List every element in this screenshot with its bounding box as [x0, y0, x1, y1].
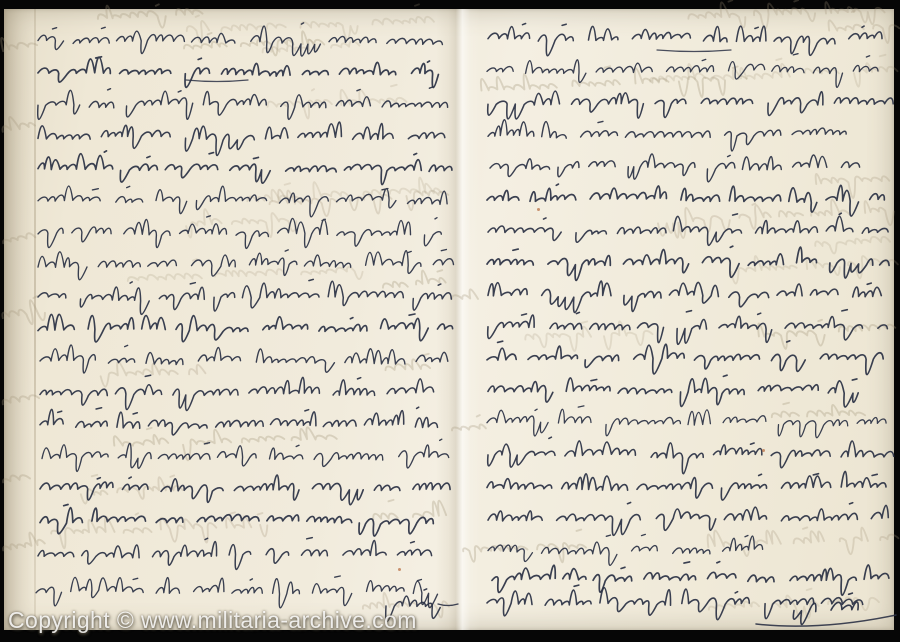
foxing-speck: [537, 208, 540, 211]
scanned-letter-photo: Copyright © www.militaria-archive.com: [0, 0, 900, 642]
ghost-writing-margin-fragment: [1, 32, 37, 51]
word-underline: [657, 50, 731, 52]
foxing-speck: [398, 568, 401, 571]
ghost-writing-fragment: [451, 415, 486, 431]
handwritten-line-left: [38, 314, 453, 342]
handwritten-line-right: [487, 54, 878, 88]
handwritten-line-left: [40, 407, 438, 435]
word-underline: [186, 80, 248, 82]
handwriting-layer: [0, 0, 900, 642]
ghost-writing-fragment: [185, 205, 296, 241]
ghost-writing-fragment: [372, 498, 446, 520]
handwritten-line-left: [38, 216, 441, 249]
handwritten-line-right: [488, 281, 881, 312]
signature-underline: [756, 615, 896, 626]
ghost-writing-fragment: [815, 236, 890, 254]
handwritten-line-left: [40, 375, 434, 410]
handwritten-line-right: [488, 120, 846, 151]
handwritten-line-right: [488, 310, 888, 345]
ghost-writing-fragment: [688, 0, 885, 32]
handwritten-line-right: [488, 213, 888, 245]
handwritten-line-left: [38, 151, 452, 185]
handwritten-line-right: [488, 503, 888, 536]
handwritten-line-right: [487, 471, 886, 500]
ghost-writing-margin-fragment: [2, 473, 30, 484]
ghost-writing-fragment: [730, 250, 898, 284]
handwritten-line-right: [492, 562, 889, 596]
handwritten-line-right: [490, 154, 860, 182]
ghost-writing-fragment: [51, 508, 268, 550]
ghost-writing-margin-fragment: [2, 392, 39, 404]
ghost-writing-fragment: [382, 270, 446, 288]
handwritten-line-left: [38, 538, 432, 570]
ghost-writing-fragment: [758, 317, 896, 350]
handwritten-line-left: [38, 122, 445, 155]
ghost-writing-fragment: [771, 399, 865, 419]
ghost-writing-fragment: [828, 9, 900, 46]
handwritten-line-right: [488, 437, 894, 474]
handwritten-line-right: [487, 341, 883, 375]
handwritten-line-right: [488, 375, 858, 407]
handwritten-line-right: [487, 406, 886, 438]
handwritten-line-left: [40, 505, 433, 536]
handwritten-line-left: [40, 345, 448, 373]
foxing-speck: [762, 449, 765, 452]
ghost-writing-margin-fragment: [0, 295, 46, 329]
ghost-writing-margin-fragment: [0, 113, 35, 132]
ghost-writing-margin-fragment: [2, 232, 35, 243]
handwritten-line-left: [42, 439, 449, 471]
ghost-writing-fragment: [451, 289, 477, 300]
ghost-writing-fragment: [100, 358, 206, 387]
ghost-writing-fragment: [480, 60, 747, 106]
ghost-writing-margin-fragment: [1, 530, 45, 551]
handwritten-line-left: [38, 57, 438, 88]
ghost-writing-fragment: [525, 319, 653, 354]
handwritten-line-right: [488, 91, 893, 119]
ghost-writing-fragment: [127, 252, 363, 289]
ghost-writing-fragment: [707, 523, 899, 561]
ghost-writing-fragment: [816, 171, 890, 200]
copyright-watermark: Copyright © www.militaria-archive.com: [8, 607, 417, 634]
